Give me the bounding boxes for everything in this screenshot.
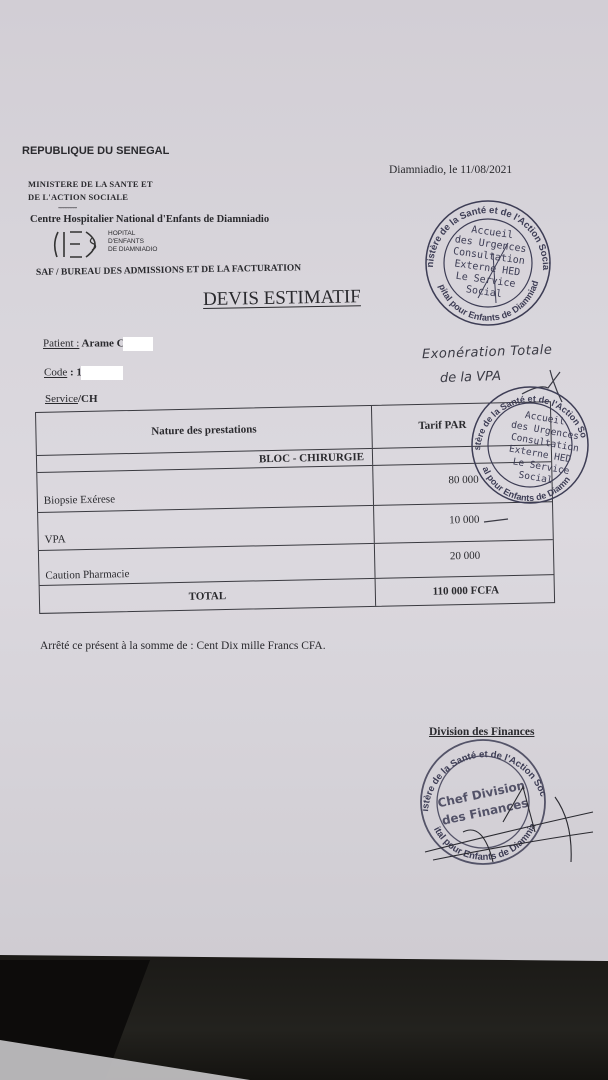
handwritten-note-line-2: de la VPA	[440, 369, 502, 386]
total-amount: 110 000 FCFA	[376, 575, 557, 606]
header-text: Nature des prestations	[151, 423, 257, 437]
division-des-finances-heading: Division des Finances	[429, 726, 534, 738]
total-label: TOTAL	[40, 579, 376, 613]
amount-in-words: Arrêté ce présent à la somme de : Cent D…	[40, 640, 326, 652]
hospital-name: Centre Hospitalier National d'Enfants de…	[30, 214, 269, 225]
table-header-nature: Nature des prestations	[36, 406, 373, 455]
patient-field: Patient : Arame C	[43, 337, 153, 351]
service-label: Service	[45, 393, 78, 405]
service-value: /CH	[78, 393, 98, 405]
ministry-line-2: DE L'ACTION SOCIALE	[28, 191, 153, 204]
logo-text-line: D'ENFANTS	[108, 238, 157, 246]
country-heading: REPUBLIQUE DU SENEGAL	[22, 145, 169, 157]
redaction-box	[81, 366, 123, 380]
reception-stamp-2: Ministère de la Santé et de l'Action Soc…	[470, 385, 608, 520]
code-field: Code : 1	[44, 366, 123, 380]
place-and-date: Diamniadio, le 11/08/2021	[389, 164, 512, 176]
ministry-line-1: MINISTERE DE LA SANTE ET	[28, 178, 153, 191]
code-label: Code	[44, 367, 67, 379]
hospital-logo-icon	[48, 229, 106, 259]
total-amount-text: 110 000 FCFA	[433, 584, 500, 597]
row-label: Biopsie Exérese	[37, 466, 374, 512]
patient-label: Patient :	[43, 338, 79, 350]
separator: -----------	[58, 203, 76, 212]
section-text: BLOC - CHIRURGIE	[259, 451, 364, 465]
patient-value: Arame C	[82, 338, 125, 350]
header-text: Tarif PAR	[418, 419, 466, 432]
document-title: DEVIS ESTIMATIF	[203, 286, 361, 311]
service-field: Service/CH	[45, 393, 98, 405]
finance-stamp: Ministère de la Santé et de l'Action Soc…	[418, 742, 598, 877]
logo-text-line: DE DIAMNIADIO	[108, 246, 157, 254]
ministry-name: MINISTERE DE LA SANTE ET DE L'ACTION SOC…	[28, 178, 153, 204]
total-label-text: TOTAL	[189, 590, 227, 603]
row-amount: 20 000	[375, 540, 556, 578]
row-label: Caution Pharmacie	[39, 544, 376, 585]
hospital-logo-text: HOPITAL D'ENFANTS DE DIAMNIADIO	[108, 230, 157, 254]
reception-stamp: Ministère de la Santé et de l'Action Soc…	[418, 198, 558, 333]
redaction-box	[123, 337, 153, 351]
row-label: VPA	[38, 506, 375, 550]
logo-text-line: HOPITAL	[108, 230, 157, 238]
